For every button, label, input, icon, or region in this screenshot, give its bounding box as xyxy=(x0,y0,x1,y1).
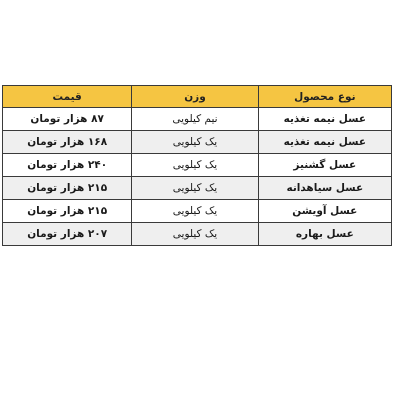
cell-weight: یک کیلویی xyxy=(132,200,258,223)
cell-product-type: عسل آویشن xyxy=(258,200,391,223)
table-row: عسل گشنیز یک کیلویی ۲۴۰ هزار تومان xyxy=(3,154,392,177)
cell-product-type: عسل نیمه تغذیه xyxy=(258,131,391,154)
cell-price: ۲۰۷ هزار تومان xyxy=(3,223,132,246)
cell-price: ۲۱۵ هزار تومان xyxy=(3,200,132,223)
cell-weight: یک کیلویی xyxy=(132,154,258,177)
cell-price: ۸۷ هزار تومان xyxy=(3,108,132,131)
table-row: عسل سیاهدانه یک کیلویی ۲۱۵ هزار تومان xyxy=(3,177,392,200)
cell-product-type: عسل گشنیز xyxy=(258,154,391,177)
cell-price: ۱۶۸ هزار تومان xyxy=(3,131,132,154)
cell-price: ۲۱۵ هزار تومان xyxy=(3,177,132,200)
cell-weight: یک کیلویی xyxy=(132,177,258,200)
header-product-type: نوع محصول xyxy=(258,86,391,108)
cell-product-type: عسل سیاهدانه xyxy=(258,177,391,200)
table-row: عسل نیمه تغذیه یک کیلویی ۱۶۸ هزار تومان xyxy=(3,131,392,154)
cell-price: ۲۴۰ هزار تومان xyxy=(3,154,132,177)
honey-price-table: نوع محصول وزن قیمت عسل نیمه تغذیه نیم کی… xyxy=(2,85,392,246)
cell-weight: نیم کیلویی xyxy=(132,108,258,131)
cell-weight: یک کیلویی xyxy=(132,131,258,154)
table-row: عسل بهاره یک کیلویی ۲۰۷ هزار تومان xyxy=(3,223,392,246)
cell-product-type: عسل بهاره xyxy=(258,223,391,246)
header-price: قیمت xyxy=(3,86,132,108)
cell-product-type: عسل نیمه تغذیه xyxy=(258,108,391,131)
header-weight: وزن xyxy=(132,86,258,108)
table-row: عسل نیمه تغذیه نیم کیلویی ۸۷ هزار تومان xyxy=(3,108,392,131)
cell-weight: یک کیلویی xyxy=(132,223,258,246)
table-row: عسل آویشن یک کیلویی ۲۱۵ هزار تومان xyxy=(3,200,392,223)
table-header-row: نوع محصول وزن قیمت xyxy=(3,86,392,108)
